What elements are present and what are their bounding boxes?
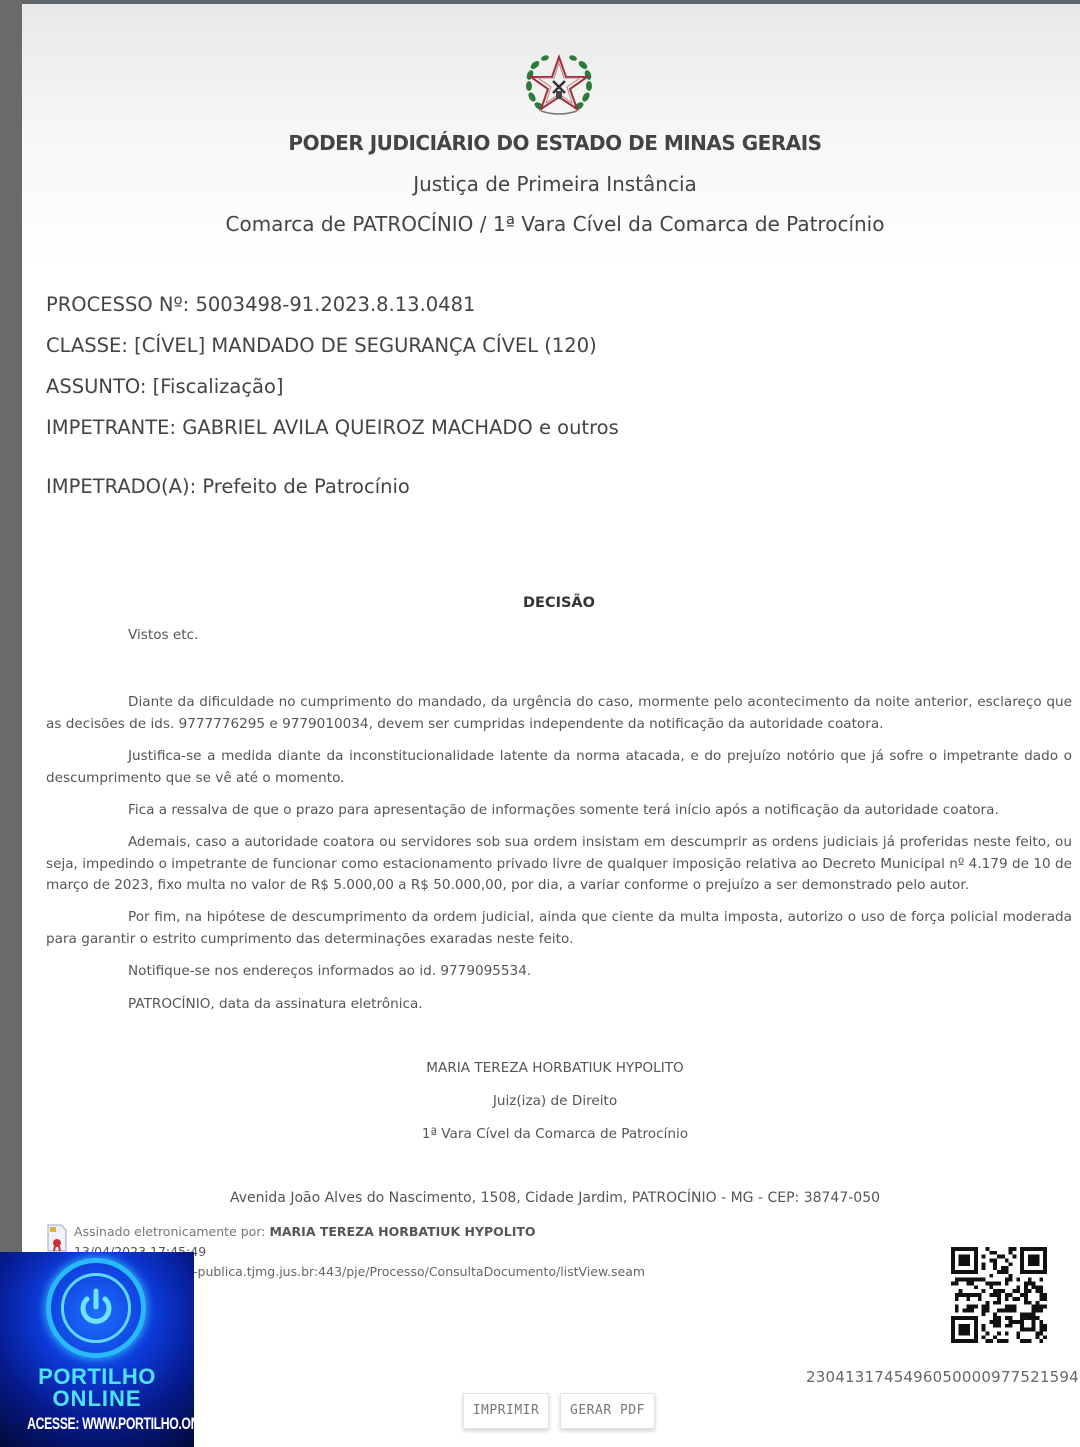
decision-place-date: PATROCÍNIO, data da assinatura eletrônic…	[46, 994, 1072, 1016]
logo-website: ACESSE: WWW.PORTILHO.ONLINE	[27, 1414, 167, 1434]
decision-opening: Vistos etc.	[46, 625, 1072, 647]
decision-paragraph: Fica a ressalva de que o prazo para apre…	[46, 800, 1072, 822]
court-jurisdiction: Comarca de PATROCÍNIO / 1ª Vara Cível da…	[0, 212, 1080, 236]
case-petitioner: IMPETRANTE: GABRIEL AVILA QUEIROZ MACHAD…	[46, 416, 619, 439]
case-respondent: IMPETRADO(A): Prefeito de Patrocínio	[46, 475, 410, 498]
logo-text-line2: ONLINE	[0, 1386, 194, 1412]
court-instance: Justiça de Primeira Instância	[0, 172, 1080, 196]
print-button[interactable]: IMPRIMIR	[463, 1393, 549, 1429]
signed-by-label: Assinado eletronicamente por:	[74, 1224, 265, 1239]
court-name: PODER JUDICIÁRIO DO ESTADO DE MINAS GERA…	[0, 131, 1080, 155]
judge-role: Juiz(iza) de Direito	[0, 1093, 1080, 1109]
decision-paragraph: Por fim, na hipótese de descumprimento d…	[46, 907, 1072, 950]
case-subject: ASSUNTO: [Fiscalização]	[46, 375, 284, 398]
judge-court: 1ª Vara Cível da Comarca de Patrocínio	[0, 1126, 1080, 1142]
decision-paragraph: Notifique-se nos endereços informados ao…	[46, 961, 1072, 983]
case-number: PROCESSO Nº: 5003498-91.2023.8.13.0481	[46, 293, 475, 316]
case-class: CLASSE: [CÍVEL] MANDADO DE SEGURANÇA CÍV…	[46, 334, 597, 357]
portilho-online-watermark: PORTILHO ONLINE ACESSE: WWW.PORTILHO.ONL…	[0, 1252, 194, 1447]
verification-url[interactable]: -publica.tjmg.jus.br:443/pje/Processo/Co…	[193, 1264, 645, 1279]
signed-by-name: MARIA TEREZA HORBATIUK HYPOLITO	[269, 1224, 535, 1239]
decision-paragraph: Justifica-se a medida diante da inconsti…	[46, 746, 1072, 789]
certificate-icon	[46, 1223, 68, 1253]
qr-code-icon[interactable]	[951, 1247, 1047, 1343]
document-code: 23041317454960500009775215941	[806, 1368, 1080, 1386]
state-coat-of-arms-icon	[521, 51, 597, 117]
decision-title: DECISÃO	[0, 595, 1080, 611]
judge-name: MARIA TEREZA HORBATIUK HYPOLITO	[0, 1060, 1080, 1076]
power-icon	[73, 1285, 119, 1331]
court-address: Avenida João Alves do Nascimento, 1508, …	[0, 1190, 1080, 1206]
decision-paragraph: Diante da dificuldade no cumprimento do …	[46, 692, 1072, 735]
generate-pdf-button[interactable]: GERAR PDF	[560, 1393, 655, 1429]
signed-by-line: Assinado eletronicamente por: MARIA TERE…	[74, 1224, 536, 1239]
decision-paragraph: Ademais, caso a autoridade coatora ou se…	[46, 832, 1072, 897]
